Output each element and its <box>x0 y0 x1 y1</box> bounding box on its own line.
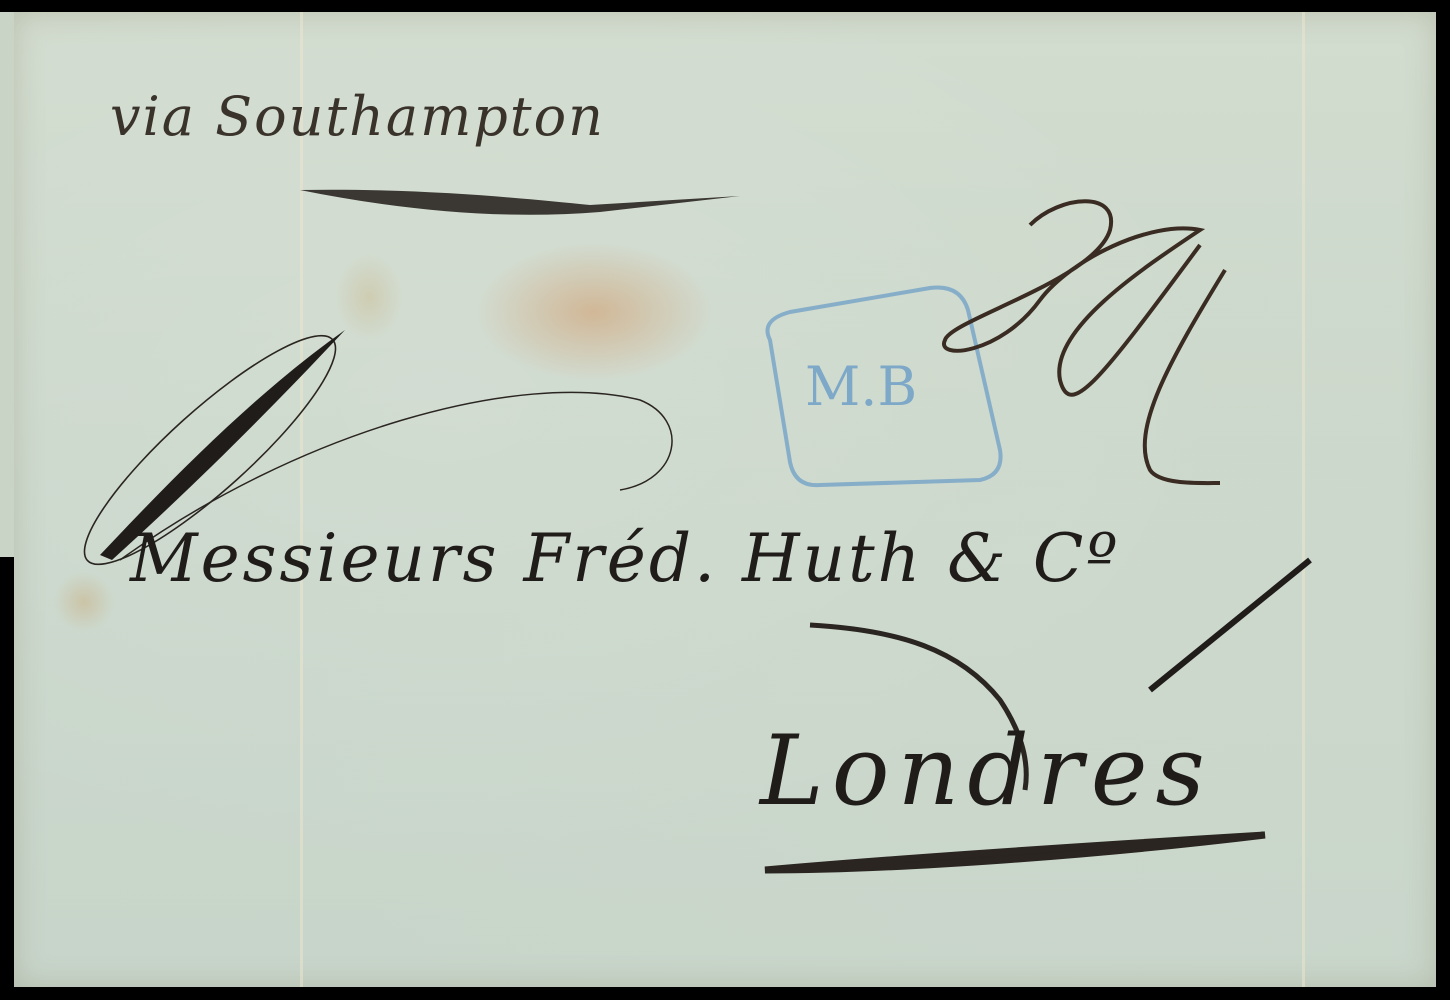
londres-underline <box>765 835 1265 870</box>
routing-inscription: via Southampton <box>110 85 605 148</box>
ink-layer <box>0 0 1450 1000</box>
addressee-inscription: Messieurs Fréd. Huth & Cº <box>130 520 1120 597</box>
co-flourish <box>1150 560 1310 690</box>
mb-handstamp-text: M.B <box>805 355 917 418</box>
underline-southampton <box>300 190 740 215</box>
city-inscription: Londres <box>760 715 1213 827</box>
